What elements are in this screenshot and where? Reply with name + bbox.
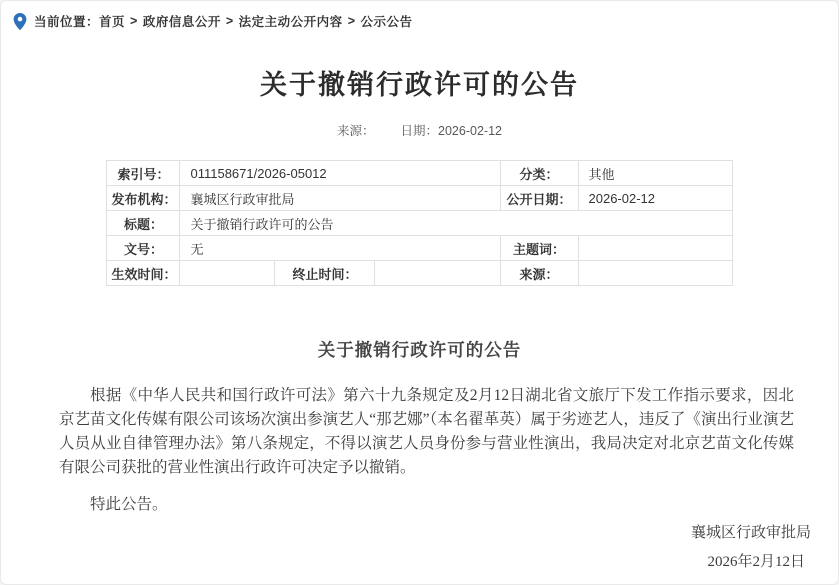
table-row: 发布机构： 襄城区行政审批局 公开日期： 2026-02-12 xyxy=(107,186,732,211)
table-row: 文号： 无 主题词： xyxy=(107,236,732,261)
title-value: 关于撤销行政许可的公告 xyxy=(180,211,732,236)
keywords-value xyxy=(578,236,732,261)
category-value: 其他 xyxy=(578,161,732,186)
article-body: 根据《中华人民共和国行政许可法》第六十九条规定及2月12日湖北省文旅厅下发工作指… xyxy=(59,384,794,517)
publish-date-value: 2026-02-12 xyxy=(578,186,732,211)
publish-date-label: 公开日期： xyxy=(500,186,578,211)
issuing-agency-value: 襄城区行政审批局 xyxy=(180,186,500,211)
breadcrumb-separator: > xyxy=(226,14,234,28)
index-number-label: 索引号： xyxy=(107,161,180,186)
source-date-line: 来源：日期：2026-02-12 xyxy=(1,121,838,139)
issuing-agency-label: 发布机构： xyxy=(107,186,180,211)
page-title: 关于撤销行政许可的公告 xyxy=(1,63,838,102)
breadcrumb-separator: > xyxy=(130,14,138,28)
signature-date: 2026年2月12日 xyxy=(691,550,805,571)
breadcrumb-separator: > xyxy=(348,14,356,28)
meta-source-label: 来源： xyxy=(500,261,578,286)
breadcrumb-item-public-notice[interactable]: 公示公告 xyxy=(361,12,413,30)
table-row: 生效时间： 终止时间： 来源： xyxy=(107,261,732,286)
category-label: 分类： xyxy=(500,161,578,186)
breadcrumb-item-statutory-disclosure[interactable]: 法定主动公开内容 xyxy=(239,12,343,30)
table-row: 索引号： 011158671/2026-05012 分类： 其他 xyxy=(107,161,732,186)
doc-number-label: 文号： xyxy=(107,236,180,261)
announcement-page: 当前位置： 首页 > 政府信息公开 > 法定主动公开内容 > 公示公告 关于撤销… xyxy=(0,0,839,585)
date-label: 日期： xyxy=(401,124,439,138)
article-title: 关于撤销行政许可的公告 xyxy=(1,337,838,362)
meta-source-value xyxy=(578,261,732,286)
table-row: 标题： 关于撤销行政许可的公告 xyxy=(107,211,732,236)
keywords-label: 主题词： xyxy=(500,236,578,261)
terminate-time-label: 终止时间： xyxy=(275,261,375,286)
signature-agency: 襄城区行政审批局 xyxy=(691,521,811,542)
breadcrumb-item-gov-info[interactable]: 政府信息公开 xyxy=(143,12,221,30)
article-paragraph: 根据《中华人民共和国行政许可法》第六十九条规定及2月12日湖北省文旅厅下发工作指… xyxy=(59,384,794,480)
effective-time-value xyxy=(180,261,275,286)
breadcrumb: 当前位置： 首页 > 政府信息公开 > 法定主动公开内容 > 公示公告 xyxy=(1,1,838,30)
metadata-table: 索引号： 011158671/2026-05012 分类： 其他 发布机构： 襄… xyxy=(106,160,732,286)
breadcrumb-item-home[interactable]: 首页 xyxy=(99,12,125,30)
location-pin-icon xyxy=(13,13,27,30)
signature-block: 襄城区行政审批局 2026年2月12日 xyxy=(691,521,811,571)
breadcrumb-prefix: 当前位置： xyxy=(34,12,99,30)
doc-number-value: 无 xyxy=(180,236,500,261)
title-label: 标题： xyxy=(107,211,180,236)
article-paragraph: 特此公告。 xyxy=(59,493,794,517)
index-number-value: 011158671/2026-05012 xyxy=(180,161,500,186)
effective-time-label: 生效时间： xyxy=(107,261,180,286)
source-label: 来源： xyxy=(337,124,375,138)
terminate-time-value xyxy=(375,261,500,286)
date-value: 2026-02-12 xyxy=(438,124,502,138)
